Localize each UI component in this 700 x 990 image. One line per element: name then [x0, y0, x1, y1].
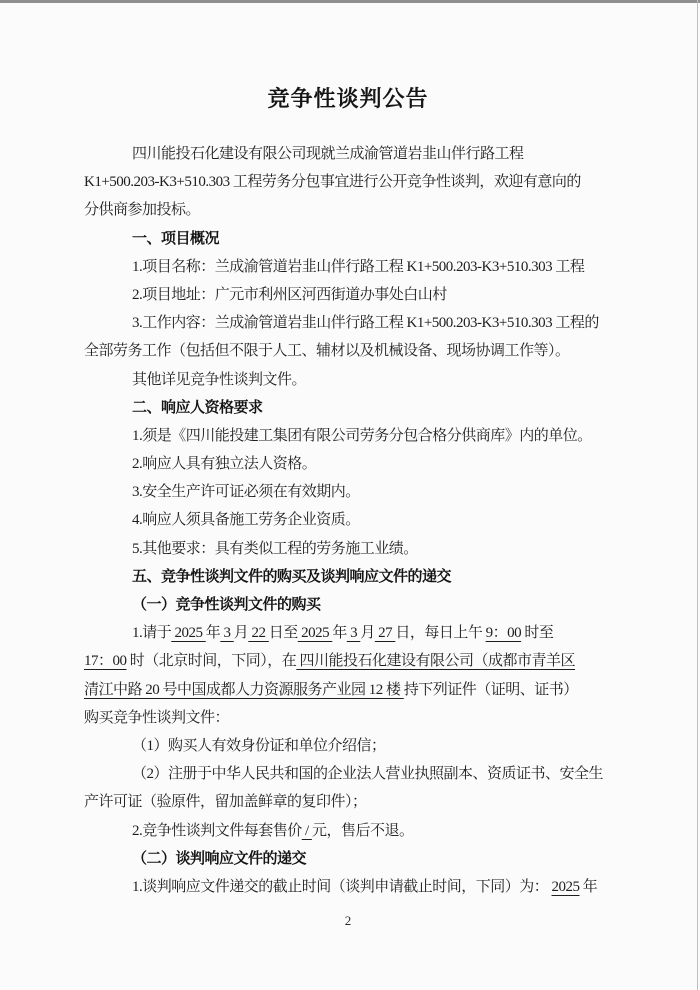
text-run: 4.响应人须具备施工劳务企业资质。: [132, 512, 360, 528]
text-run: 五、竞争性谈判文件的购买及谈判响应文件的递交: [132, 568, 451, 585]
underlined-fill-in: 9：00: [486, 625, 522, 641]
text-line: 分供商参加投标。: [84, 196, 618, 224]
underlined-fill-in: 2025: [552, 879, 580, 895]
text-line: 购买竞争性谈判文件：: [84, 704, 618, 732]
text-run: 元，售后不退。: [312, 823, 414, 839]
text-run: 其他详见竞争性谈判文件。: [132, 372, 306, 388]
text-run: 3.安全生产许可证必须在有效期内。: [132, 484, 360, 500]
text-run: （一）竞争性谈判文件的购买: [132, 596, 321, 613]
text-run: 日，每日上午: [395, 625, 485, 641]
heading-line: 一、项目概况: [84, 225, 618, 253]
text-run: 年: [332, 625, 347, 641]
text-run: K1+500.203-K3+510.303 工程劳务分包事宜进行公开竞争性谈判，…: [84, 174, 581, 190]
text-line: 3.安全生产许可证必须在有效期内。: [84, 478, 618, 506]
text-run: 日至: [269, 625, 298, 641]
scan-top-edge: [0, 0, 700, 3]
text-line: 3.工作内容：兰成渝管道岩韭山伴行路工程 K1+500.203-K3+510.3…: [84, 309, 618, 337]
text-line: 2.响应人具有独立法人资格。: [84, 450, 618, 478]
text-line: 4.响应人须具备施工劳务企业资质。: [84, 506, 618, 534]
underlined-fill-in: 清江中路 20 号中国成都人力资源服务产业园 12 楼: [84, 682, 404, 698]
text-run: （二）谈判响应文件的递交: [132, 850, 306, 867]
text-line: 1.谈判响应文件递交的截止时间（谈判申请截止时间，下同）为： 2025 年: [84, 873, 618, 901]
document-page: 竞争性谈判公告 四川能投石化建设有限公司现就兰成渝管道岩韭山伴行路工程K1+50…: [0, 0, 700, 990]
text-line: K1+500.203-K3+510.303 工程劳务分包事宜进行公开竞争性谈判，…: [84, 168, 618, 196]
text-run: 2.项目地址：广元市利州区河西街道办事处白山村: [132, 287, 447, 303]
text-line: 5.其他要求：具有类似工程的劳务施工业绩。: [84, 535, 618, 563]
text-line: 17：00 时（北京时间，下同），在 四川能投石化建设有限公司（成都市青羊区: [84, 647, 618, 675]
text-run: 一、项目概况: [132, 230, 219, 247]
text-run: 1.须是《四川能投建工集团有限公司劳务分包合格分供商库》内的单位。: [132, 428, 592, 444]
text-run: 二、响应人资格要求: [132, 399, 263, 416]
scan-right-edge: [697, 0, 698, 990]
text-run: 时至: [521, 625, 553, 641]
page-number: 2: [84, 913, 612, 929]
underlined-fill-in: 2025: [171, 625, 206, 641]
text-line: 四川能投石化建设有限公司现就兰成渝管道岩韭山伴行路工程: [84, 140, 618, 168]
heading-line: 二、响应人资格要求: [84, 394, 618, 422]
text-run: （2）注册于中华人民共和国的企业法人营业执照副本、资质证书、安全生: [132, 766, 603, 782]
underlined-fill-in: 3: [347, 625, 361, 641]
text-run: 年: [580, 879, 598, 895]
heading-line: 五、竞争性谈判文件的购买及谈判响应文件的递交: [84, 563, 618, 591]
text-line: 其他详见竞争性谈判文件。: [84, 366, 618, 394]
text-run: 分供商参加投标。: [84, 202, 200, 218]
text-run: 全部劳务工作（包括但不限于人工、辅材以及机械设备、现场协调工作等）。: [84, 343, 570, 359]
document-title: 竞争性谈判公告: [84, 82, 612, 113]
underlined-fill-in: /: [302, 823, 312, 839]
text-run: 年: [206, 625, 221, 641]
underlined-fill-in: 27: [375, 625, 396, 641]
text-run: 1.项目名称：兰成渝管道岩韭山伴行路工程 K1+500.203-K3+510.3…: [132, 259, 584, 275]
underlined-fill-in: 22: [248, 625, 269, 641]
text-run: 持下列证件（证明、证书）: [404, 682, 578, 698]
underlined-fill-in: 四川能投石化建设有限公司（成都市青羊区: [296, 653, 575, 669]
text-run: （1）购买人有效身份证和单位介绍信；: [132, 738, 386, 754]
text-run: 2.竞争性谈判文件每套售价: [132, 823, 302, 839]
text-run: 月: [234, 625, 249, 641]
text-run: 购买竞争性谈判文件：: [84, 710, 229, 726]
document-body: 四川能投石化建设有限公司现就兰成渝管道岩韭山伴行路工程K1+500.203-K3…: [84, 140, 618, 901]
underlined-fill-in: 3: [220, 625, 234, 641]
text-line: （2）注册于中华人民共和国的企业法人营业执照副本、资质证书、安全生: [84, 760, 618, 788]
text-line: 2.竞争性谈判文件每套售价 / 元，售后不退。: [84, 817, 618, 845]
text-line: 1.请于 2025 年 3 月 22 日至 2025 年 3 月 27 日，每日…: [84, 619, 618, 647]
underlined-fill-in: 17：00: [84, 653, 127, 669]
text-run: 1.请于: [132, 625, 171, 641]
text-run: 月: [360, 625, 375, 641]
text-line: 2.项目地址：广元市利州区河西街道办事处白山村: [84, 281, 618, 309]
text-run: 四川能投石化建设有限公司现就兰成渝管道岩韭山伴行路工程: [132, 146, 524, 162]
text-line: （1）购买人有效身份证和单位介绍信；: [84, 732, 618, 760]
text-run: 3.工作内容：兰成渝管道岩韭山伴行路工程 K1+500.203-K3+510.3…: [132, 315, 599, 331]
heading-line: （一）竞争性谈判文件的购买: [84, 591, 618, 619]
text-line: 产许可证（验原件，留加盖鲜章的复印件）；: [84, 788, 618, 816]
text-run: 5.其他要求：具有类似工程的劳务施工业绩。: [132, 541, 418, 557]
text-line: 1.须是《四川能投建工集团有限公司劳务分包合格分供商库》内的单位。: [84, 422, 618, 450]
text-run: 时（北京时间，下同），在: [127, 653, 297, 669]
text-run: 产许可证（验原件，留加盖鲜章的复印件）；: [84, 794, 367, 810]
heading-line: （二）谈判响应文件的递交: [84, 845, 618, 873]
underlined-fill-in: 2025: [298, 625, 333, 641]
text-run: 1.谈判响应文件递交的截止时间（谈判申请截止时间，下同）为：: [132, 879, 552, 895]
text-line: 清江中路 20 号中国成都人力资源服务产业园 12 楼 持下列证件（证明、证书）: [84, 676, 618, 704]
text-line: 1.项目名称：兰成渝管道岩韭山伴行路工程 K1+500.203-K3+510.3…: [84, 253, 618, 281]
text-line: 全部劳务工作（包括但不限于人工、辅材以及机械设备、现场协调工作等）。: [84, 337, 618, 365]
text-run: 2.响应人具有独立法人资格。: [132, 456, 316, 472]
